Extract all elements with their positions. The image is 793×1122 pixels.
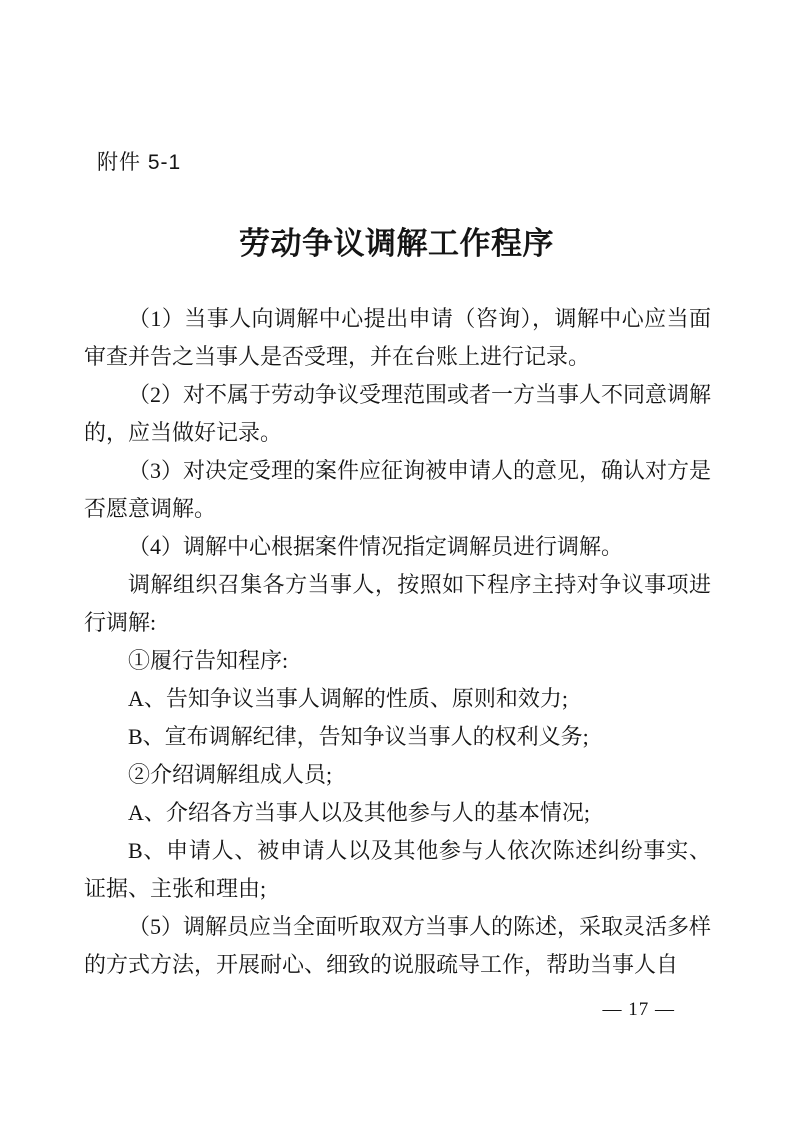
body-paragraph: （1）当事人向调解中心提出申请（咨询），调解中心应当面审查并告之当事人是否受理，… — [84, 300, 711, 376]
body-paragraph: （5）调解员应当全面听取双方当事人的陈述，采取灵活多样的方式方法，开展耐心、细致… — [84, 908, 711, 984]
body-paragraph: （2）对不属于劳动争议受理范围或者一方当事人不同意调解的，应当做好记录。 — [84, 376, 711, 452]
body-paragraph: A、介绍各方当事人以及其他参与人的基本情况; — [84, 794, 711, 832]
attachment-label: 附件 5-1 — [97, 146, 181, 176]
body-paragraph: B、申请人、被申请人以及其他参与人依次陈述纠纷事实、证据、主张和理由; — [84, 832, 711, 908]
body-paragraph: （4）调解中心根据案件情况指定调解员进行调解。 — [84, 528, 711, 566]
body-paragraph: 调解组织召集各方当事人，按照如下程序主持对争议事项进行调解: — [84, 566, 711, 642]
body-paragraph: （3）对决定受理的案件应征询被申请人的意见，确认对方是否愿意调解。 — [84, 452, 711, 528]
document-body: （1）当事人向调解中心提出申请（咨询），调解中心应当面审查并告之当事人是否受理，… — [84, 300, 711, 984]
page-title: 劳动争议调解工作程序 — [0, 218, 793, 263]
body-paragraph: ②介绍调解组成人员; — [84, 756, 711, 794]
page-number: — 17 — — [603, 999, 676, 1021]
body-paragraph: A、告知争议当事人调解的性质、原则和效力; — [84, 680, 711, 718]
body-paragraph: ①履行告知程序: — [84, 642, 711, 680]
body-paragraph: B、宣布调解纪律，告知争议当事人的权利义务; — [84, 718, 711, 756]
document-page: 附件 5-1 劳动争议调解工作程序 （1）当事人向调解中心提出申请（咨询），调解… — [0, 0, 793, 1122]
